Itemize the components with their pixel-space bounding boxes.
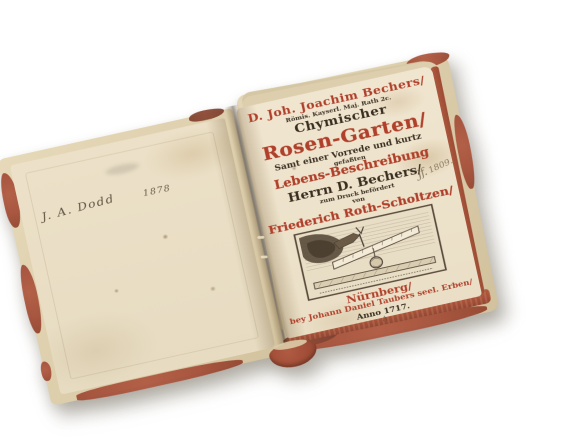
cover-pattern-blotch: [39, 360, 53, 381]
photo-stage: J. A. Dodd 1878 D. Joh. Joachim Bechers/…: [0, 0, 570, 440]
turn-in-ridge: [25, 131, 259, 379]
sewing-thread: [257, 236, 264, 239]
sewing-thread: [261, 255, 268, 258]
open-book: J. A. Dodd 1878 D. Joh. Joachim Bechers/…: [0, 58, 511, 406]
